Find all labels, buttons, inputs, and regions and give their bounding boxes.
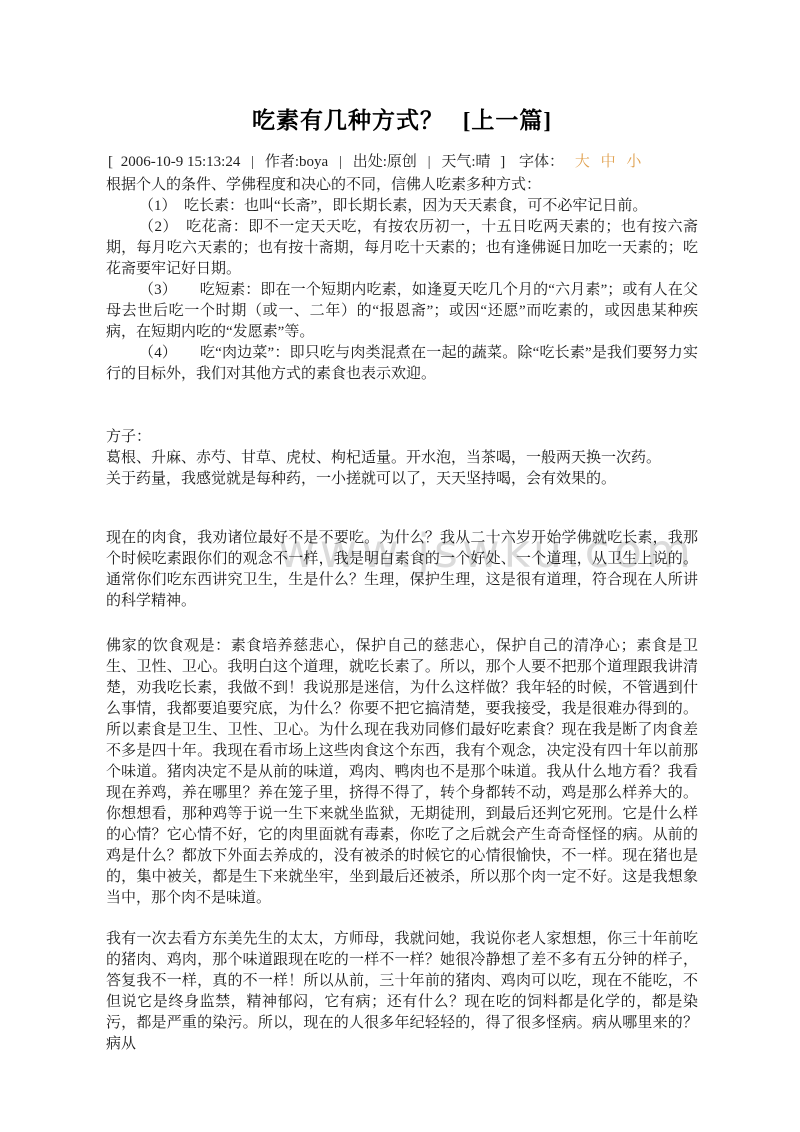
para-buddhist-diet-view: 佛家的饮食观是：素食培养慈悲心，保护自己的慈悲心，保护自己的清净心；素食是卫生、… xyxy=(106,636,698,909)
meta-separator: | xyxy=(339,154,342,170)
meta-bracket-open: [ xyxy=(108,154,113,170)
previous-article-link[interactable]: [上一篇] xyxy=(463,108,552,133)
meta-datetime: 2006-10-9 15:13:24 xyxy=(121,154,241,170)
para-meat-advice: 现在的肉食，我劝诸位最好不是不要吃。为什么？我从二十六岁开始学佛就吃长素，我那个… xyxy=(106,528,698,612)
para-fang-shimu-story: 我有一次去看方东美先生的太太，方师母，我就问她，我说你老人家想想，你三十年前吃的… xyxy=(106,929,698,1055)
article-title: 吃素有几种方式？ xyxy=(252,108,444,133)
para-recipe-ingredients: 葛根、升麻、赤芍、甘草、虎杖、枸杞适量。开水泡，当茶喝，一般两天换一次药。 xyxy=(106,448,698,469)
meta-line: [ 2006-10-9 15:13:24 | 作者:boya | 出处:原创 |… xyxy=(108,150,698,171)
para-item-1: （1） 吃长素：也叫“长斋”，即长期长素，因为天天素食，可不必牢记日前。 xyxy=(106,196,698,217)
meta-separator: | xyxy=(251,154,254,170)
meta-source: 出处:原创 xyxy=(353,154,417,170)
meta-author: 作者:boya xyxy=(265,154,328,170)
article-page: 吃素有几种方式？ [上一篇] [ 2006-10-9 15:13:24 | 作者… xyxy=(106,102,698,1055)
meta-bracket-close: ] xyxy=(500,154,505,170)
para-item-2: （2） 吃花斋：即不一定天天吃，有按农历初一，十五日吃两天素的；也有按六斋期，每… xyxy=(106,217,698,280)
font-size-small-button[interactable]: 小 xyxy=(626,154,641,170)
para-item-3: （3） 吃短素：即在一个短期内吃素，如逢夏天吃几个月的“六月素”；或有人在父母去… xyxy=(106,280,698,343)
para-recipe-title: 方子： xyxy=(106,427,698,448)
para-item-4: （4） 吃“肉边菜”：即只吃与肉类混煮在一起的蔬菜。除“吃长素”是我们要努力实行… xyxy=(106,343,698,385)
font-size-label: 字体： xyxy=(519,154,564,170)
font-size-large-button[interactable]: 大 xyxy=(575,154,590,170)
meta-weather: 天气:晴 xyxy=(441,154,490,170)
meta-separator: | xyxy=(428,154,431,170)
para-intro: 根据个人的条件、学佛程度和决心的不同，信佛人吃素多种方式： xyxy=(106,175,698,196)
page-title: 吃素有几种方式？ [上一篇] xyxy=(106,102,698,135)
font-size-medium-button[interactable]: 中 xyxy=(601,154,616,170)
para-recipe-dosage: 关于药量，我感觉就是每种药，一小搓就可以了，天天坚持喝，会有效果的。 xyxy=(106,469,698,490)
